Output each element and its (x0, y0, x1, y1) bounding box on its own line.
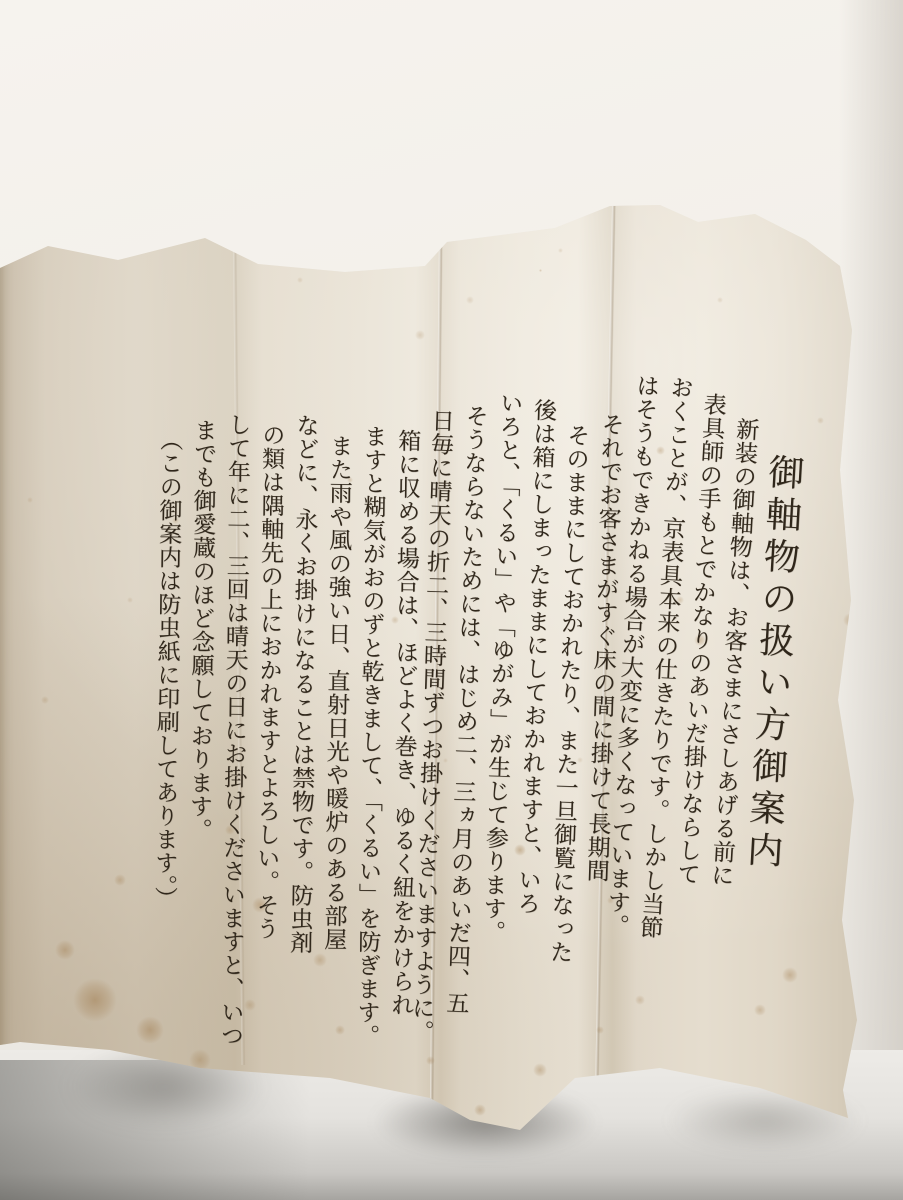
foxing-spot (73, 978, 117, 1022)
foxing-spot (817, 417, 824, 424)
foxing-spot (41, 696, 49, 704)
document-text: 御軸物の扱い方御案内 新装の御軸物は、お客さまにさしあげる前に 表具師の手もとで… (141, 383, 811, 1073)
background-wall-shading (839, 0, 903, 1060)
foxing-spot (127, 597, 133, 603)
foxing-spot (415, 330, 425, 340)
table-shadow-left (0, 1060, 310, 1200)
foxing-spot (466, 296, 474, 304)
foxing-spot (539, 269, 542, 272)
foxing-spot (55, 940, 75, 960)
foxing-spot (474, 1104, 486, 1116)
foxing-spot (717, 297, 723, 303)
photo-of-folded-document: 御軸物の扱い方御案内 新装の御軸物は、お客さまにさしあげる前に 表具師の手もとで… (0, 0, 903, 1200)
text-panel-middle: それでお客さまがすぐ床の間に掛けて長期間 そのままにしておかれたり、また一旦御覧… (402, 376, 629, 1072)
foxing-spot (558, 248, 563, 253)
foxing-spot (297, 277, 303, 283)
text-panel-left: 箱に収める場合は、ほどよく巻き、ゆるく紐をかけられ ますと糊気がおのずと乾きまし… (145, 380, 425, 1073)
foxing-spot (27, 497, 33, 503)
foxing-spot (704, 149, 707, 152)
foxing-spot (114, 874, 126, 886)
folded-paper-document: 御軸物の扱い方御案内 新装の御軸物は、お客さまにさしあげる前に 表具師の手もとで… (0, 0, 903, 1200)
